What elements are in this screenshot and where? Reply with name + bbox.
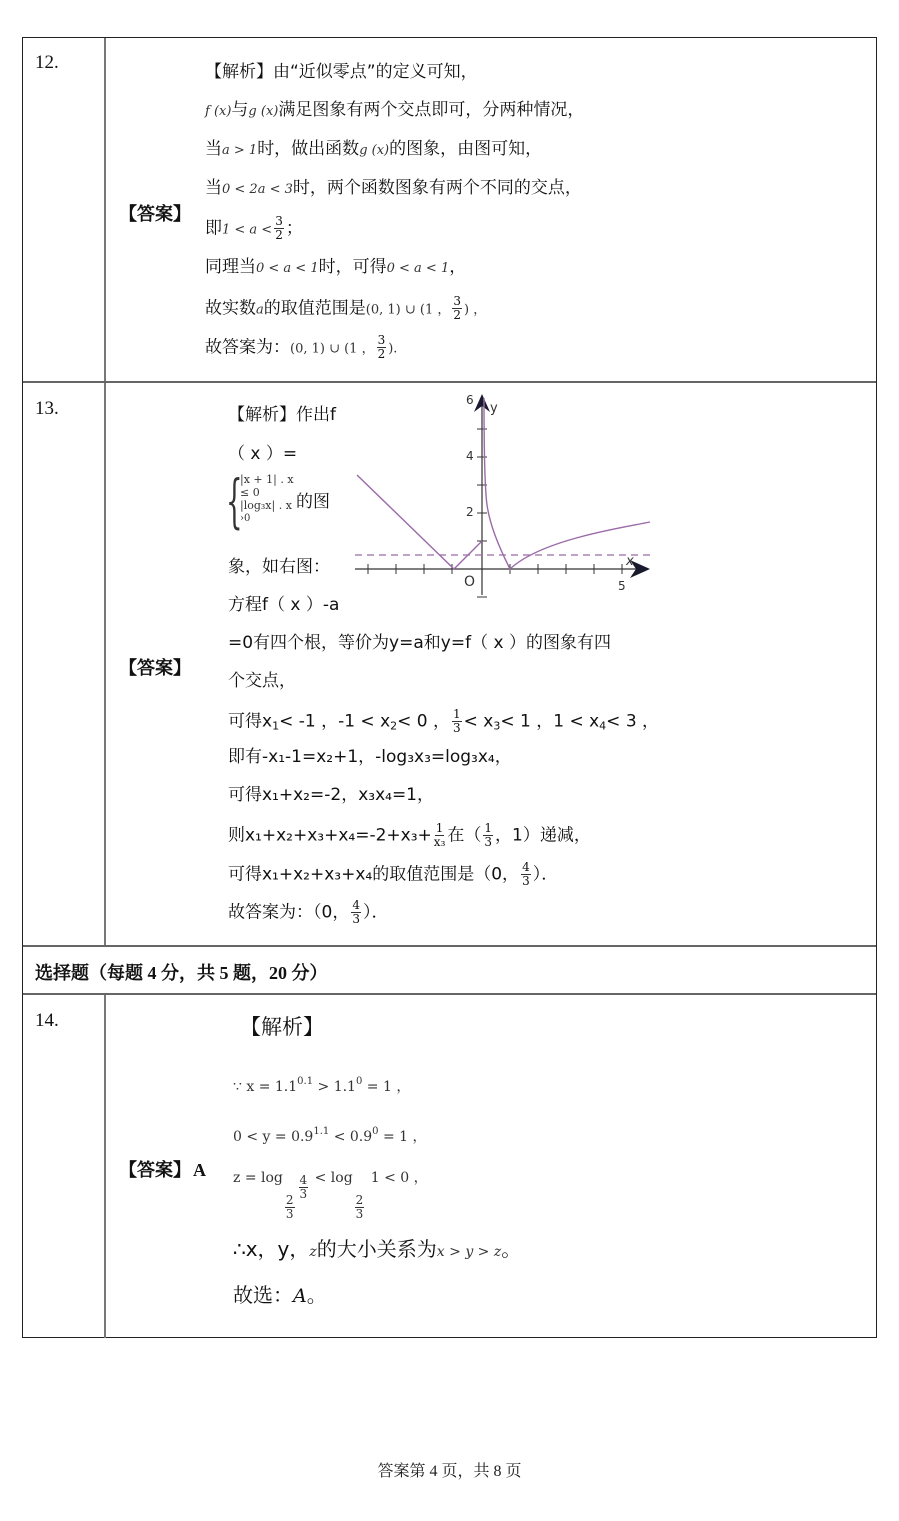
math: 1 < 0 ， [366, 1170, 427, 1186]
row-divider [23, 993, 876, 995]
numerator: 4 [521, 861, 531, 875]
text: ）． [533, 865, 559, 885]
numerator: 2 [355, 1194, 365, 1208]
analysis-line: 象，如右图： [228, 556, 330, 578]
answer-label: 【答案】 [119, 200, 191, 226]
numerator: 3 [377, 334, 387, 348]
numerator: 1 [483, 822, 493, 836]
svg-text:5: 5 [618, 579, 626, 593]
math: 0 < 2a < 3 [222, 182, 293, 197]
numerator: 2 [285, 1194, 295, 1208]
case: ≤ 0 [240, 486, 294, 499]
analysis-line: 故实数a的取值范围是(0, 1) ∪ (1 ，32) ， [205, 295, 486, 322]
analysis-line: 【解析】作出f [228, 404, 336, 426]
analysis-line: 0 < y = 0.91.1 < 0.90 = 1 ， [233, 1121, 427, 1148]
analysis-line: 【解析】由“近似零点”的定义可知， [205, 61, 478, 83]
text: 可得x₁+x₂=-2，x₃x₄=1， [228, 785, 434, 805]
math: 0 < a < 1 [387, 261, 450, 276]
numerator: 1 [452, 708, 462, 722]
math: 1 < a < [222, 223, 272, 238]
text: 与 [231, 100, 248, 120]
math: z [309, 1244, 316, 1260]
text: 方程f（ x ）-a [228, 595, 339, 615]
case: ›0 [240, 512, 294, 525]
exponent: 0.1 [297, 1076, 313, 1087]
analysis-line: =0有四个根，等价为y=a和y=f（ x ）的图象有四 [228, 632, 611, 654]
numerator: 1 [435, 822, 445, 836]
fraction: 32 [274, 215, 284, 242]
denominator: 2 [275, 229, 283, 242]
answer-label-text: 【答案】 [119, 1160, 191, 1181]
denominator: 3 [286, 1208, 294, 1221]
fraction: 32 [452, 295, 462, 322]
denominator: 3 [356, 1208, 364, 1221]
math: > 1.1 [313, 1079, 356, 1095]
text: 。 [307, 1283, 327, 1307]
math: g (x) [359, 143, 389, 158]
question-number: 12. [35, 52, 59, 74]
text: 在（ [447, 826, 481, 846]
denominator: 3 [484, 836, 492, 849]
analysis-line: 当a > 1时，做出函数g (x)的图象，由图可知， [205, 138, 542, 162]
math: < 0.9 [329, 1129, 372, 1145]
math: ). [388, 342, 397, 357]
denominator: 2 [378, 348, 386, 361]
text: 个交点， [228, 671, 296, 691]
text: 的图 [296, 492, 330, 512]
analysis-line: 可得x1< -1 ，-1 < x2< 0 ，13< x3< 1 ，1 < x4<… [228, 708, 659, 738]
piecewise-cases: |x + 1| . x ≤ 0 |log₃x| . x ›0 [240, 473, 294, 525]
analysis-line: ∵ x = 1.10.1 > 1.10 = 1 ， [233, 1071, 410, 1098]
math: z = log [233, 1170, 283, 1186]
numerator: 3 [452, 295, 462, 309]
fraction: 13 [452, 708, 462, 735]
fraction: 43 [299, 1174, 309, 1201]
analysis-line: 可得x₁+x₂=-2，x₃x₄=1， [228, 784, 434, 806]
exponent: 1.1 [313, 1126, 329, 1137]
analysis-line: 即有-x₁-1=x₂+1，-log₃x₃=log₃x₄， [228, 746, 512, 768]
text: 故答案为： [205, 338, 290, 358]
denominator: 3 [453, 722, 461, 735]
answer-table: 12. 【答案】 13. 【答案】 选择题（每题 4 分，共 5 题，20 分）… [22, 37, 877, 1338]
text: 【解析】由“近似零点”的定义可知， [205, 62, 478, 82]
math: (0, 1) ∪ (1 ， [366, 303, 451, 318]
text: ，1）递减， [495, 826, 591, 846]
answer-label: 【答案】 [119, 654, 191, 680]
analysis-line: 个交点， [228, 670, 296, 692]
analysis-line: 则x₁+x₂+x₃+x₄=-2+x₃+1x₃在（13，1）递减， [228, 822, 591, 849]
text: 故答案为：（0， [228, 903, 349, 923]
analysis-line: ∴x，y，z的大小关系为x > y > z。 [233, 1236, 521, 1265]
svg-text:4: 4 [466, 449, 474, 463]
text: 当 [205, 139, 222, 159]
analysis-line: f (x)与g (x)满足图象有两个交点即可，分两种情况， [205, 99, 584, 123]
column-divider [104, 38, 106, 945]
math: 0 < y = 0.9 [233, 1129, 313, 1145]
row-divider [23, 945, 876, 947]
text: 。 [501, 1237, 521, 1261]
math: 0 < a < 1 [256, 261, 319, 276]
log-base-fraction: 23 [355, 1194, 365, 1221]
column-divider [104, 993, 106, 1338]
row-divider [23, 381, 876, 383]
numerator: 3 [274, 215, 284, 229]
math: x > y > z [437, 1244, 501, 1260]
text: 则x₁+x₂+x₃+x₄=-2+x₃+ [228, 826, 432, 846]
text: 的大小关系为 [317, 1237, 437, 1261]
numerator: 4 [351, 899, 361, 913]
math: = 1 ， [362, 1079, 410, 1095]
text: 同理当 [205, 257, 256, 277]
svg-text:O: O [464, 574, 475, 590]
text: 即有-x₁-1=x₂+1，-log₃x₃=log₃x₄， [228, 747, 512, 767]
text: =0有四个根，等价为y=a和y=f（ x ）的图象有四 [228, 633, 611, 653]
text: 当 [205, 178, 222, 198]
analysis-line: 故答案为：(0, 1) ∪ (1 ，32). [205, 334, 397, 361]
text: 故实数 [205, 299, 256, 319]
analysis-line: z = log2343 < log23 1 < 0 ， [233, 1168, 428, 1221]
analysis-line: 同理当0 < a < 1时，可得0 < a < 1， [205, 256, 466, 280]
svg-text:2: 2 [466, 505, 474, 519]
text: 时，可得 [319, 257, 387, 277]
analysis-line: 即1 < a <32； [205, 215, 303, 242]
math: g (x) [248, 104, 278, 119]
text: ∴x，y， [233, 1237, 309, 1261]
function-graph: 6 4 2 y x O 5 [350, 390, 660, 605]
denominator: x₃ [434, 836, 446, 849]
section-header: 选择题（每题 4 分，共 5 题，20 分） [35, 959, 328, 985]
curve-right [484, 398, 650, 569]
text: ； [286, 219, 303, 239]
case: |x + 1| . x [240, 473, 294, 486]
denominator: 2 [453, 309, 461, 322]
math: = 1 ， [379, 1129, 427, 1145]
text: < 3 ， [606, 712, 659, 732]
analysis-line: 可得x₁+x₂+x₃+x₄的取值范围是（0，43）． [228, 861, 558, 888]
answer-label: 【答案】A [119, 1156, 206, 1182]
fraction: 13 [483, 822, 493, 849]
math: a [256, 303, 264, 318]
text: ， [449, 257, 466, 277]
text: 时，两个函数图象有两个不同的交点， [293, 178, 582, 198]
text: 即 [205, 219, 222, 239]
math: ) ， [464, 303, 486, 318]
denominator: 3 [352, 913, 360, 926]
log-base-fraction: 23 [285, 1194, 295, 1221]
svg-text:6: 6 [466, 393, 474, 407]
numerator: 4 [299, 1174, 309, 1188]
text: 象，如右图： [228, 557, 330, 577]
svg-text:y: y [490, 401, 498, 416]
analysis-line: 故答案为：（0，43）． [228, 899, 388, 926]
text: 故选： [233, 1283, 293, 1307]
text: （ x ）= [228, 444, 297, 464]
question-number: 14. [35, 1010, 59, 1032]
page-footer: 答案第 4 页，共 8 页 [0, 1458, 899, 1481]
fraction: 43 [351, 899, 361, 926]
analysis-line: 的图 [296, 491, 330, 513]
text: 【解析】 [240, 1015, 324, 1039]
question-number: 13. [35, 398, 59, 420]
text: 可得x [228, 712, 272, 732]
text: 可得x₁+x₂+x₃+x₄的取值范围是（0， [228, 865, 519, 885]
text: 【解析】作出f [228, 405, 336, 425]
answer-choice: A [193, 1160, 206, 1180]
text: < x [464, 712, 494, 732]
math: A [293, 1285, 307, 1307]
math: < log [310, 1170, 353, 1186]
analysis-line: 方程f（ x ）-a [228, 594, 339, 616]
text: 的图象，由图可知， [389, 139, 542, 159]
fraction: 32 [377, 334, 387, 361]
fraction: 43 [521, 861, 531, 888]
fraction: 1x₃ [434, 822, 446, 849]
case: |log₃x| . x [240, 499, 294, 512]
analysis-heading: 【解析】 [240, 1016, 324, 1038]
analysis-line: （ x ）= [228, 443, 297, 465]
text: < -1 ，-1 < x [279, 712, 390, 732]
denominator: 3 [522, 875, 530, 888]
text: ）． [363, 903, 389, 923]
math: f (x) [205, 104, 231, 119]
svg-text:x: x [625, 554, 634, 569]
text: 时，做出函数 [257, 139, 359, 159]
text: 的取值范围是 [264, 299, 366, 319]
math: ∵ x = 1.1 [233, 1079, 297, 1095]
text: < 0 ， [397, 712, 450, 732]
text: 满足图象有两个交点即可，分两种情况， [278, 100, 584, 120]
math: a > 1 [222, 143, 257, 158]
analysis-line: 当0 < 2a < 3时，两个函数图象有两个不同的交点， [205, 177, 582, 201]
text: < 1 ，1 < x [500, 712, 599, 732]
denominator: 3 [300, 1188, 308, 1201]
analysis-line: 故选：A。 [233, 1282, 327, 1309]
math: (0, 1) ∪ (1 ， [290, 342, 375, 357]
